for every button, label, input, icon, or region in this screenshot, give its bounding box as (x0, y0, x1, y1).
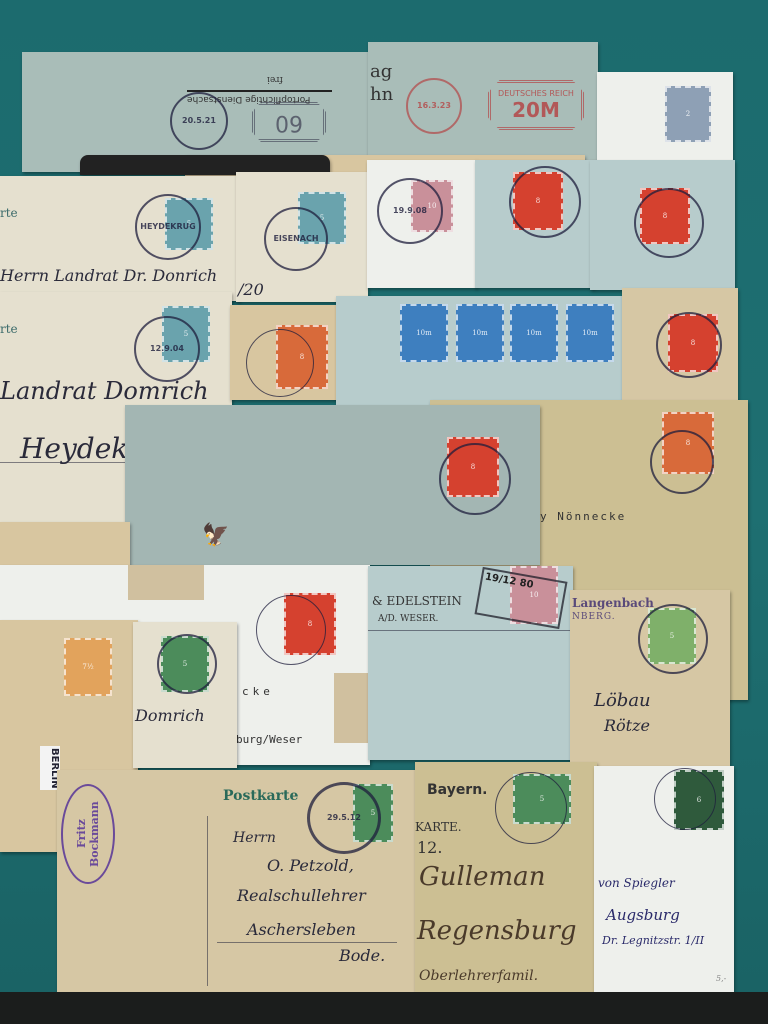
sender-oval-stamp: Fritz Bockmann (61, 784, 115, 884)
sower-stamp: 10m (566, 304, 614, 362)
sender-town: A/D. WESER. (378, 614, 438, 624)
postmark (656, 312, 722, 378)
nienburg-cover-1942-b: 8 (622, 288, 738, 408)
postmark (638, 604, 708, 674)
handwriting-line-2: Rötze (604, 716, 650, 735)
divider (187, 90, 332, 92)
sender-name: Langenbach (572, 596, 654, 610)
handwriting-line-1: Löbau (594, 690, 651, 711)
nienburg-cover-1943: 8 (590, 160, 735, 290)
postmark: 19.9.08 (377, 178, 443, 244)
hochst-cover: 10 19.9.08 (367, 160, 477, 288)
recipient-district: Oberlehrerfamil. (419, 968, 538, 984)
recipient-name: Gulleman (419, 862, 545, 892)
printed-fragment-2: hn (370, 84, 393, 105)
meter-cover: ag hn 16.3.23 DEUTSCHES REICH 20M (368, 42, 598, 160)
sender-town: NBERG. (572, 612, 616, 622)
address-line-4: Aschersleben (247, 920, 356, 939)
recipient-city: Augsburg (606, 906, 680, 924)
meter-mark: DEUTSCHES REICH 20M (488, 80, 584, 130)
postmark: 20.5.21 (170, 92, 228, 150)
address-line-5: Bode. (339, 946, 385, 965)
nienburg-cover-1942: 8 (475, 160, 595, 288)
augsburg-cover: 6 von Spiegler Augsburg Dr. Legnitzstr. … (594, 766, 734, 998)
address-line-3: Realschullehrer (237, 886, 366, 905)
hindenburg-cover: 8 (230, 305, 340, 400)
postmark (256, 595, 326, 665)
official-cover: frei Portopflichtige Dienstsache 20.5.21… (22, 52, 372, 172)
address-underline (217, 942, 397, 943)
postmark: EISENACH (264, 207, 328, 271)
board-bottom-edge (0, 992, 768, 1024)
postal-card: 2 (597, 72, 733, 160)
postmark (509, 166, 581, 238)
meter-value: 20M (491, 98, 581, 122)
address-line-2: O. Petzold, (267, 856, 354, 875)
sower-stamp: 10m (400, 304, 448, 362)
bayern-card: Bayern. KARTE. 12. 5 Gulleman Regensburg… (415, 762, 597, 1000)
postmark (439, 443, 511, 515)
postmark: 12.9.04 (134, 316, 200, 382)
address-line-1: Herrn (233, 830, 276, 846)
typed-address: y Nönnecke (540, 510, 626, 523)
eisenach-card: 5 EISENACH /20 (236, 172, 368, 302)
handwriting: Domrich (135, 706, 205, 725)
postmark (650, 430, 714, 494)
meter-text: DEUTSCHES REICH (491, 89, 581, 98)
magdeburg-postkarte: Fritz Bockmann Postkarte 5 29.5.12 Herrn… (57, 770, 417, 1002)
sower-stamp: 10m (510, 304, 558, 362)
frei-label: frei (267, 74, 283, 84)
typed-city: burg/Weser (236, 733, 302, 746)
domrich-card: 5 Domrich (133, 622, 237, 768)
printed-fragment-1: ag (370, 62, 392, 82)
postmark (157, 634, 217, 694)
postmark (654, 768, 716, 830)
postmark: 16.3.23 (406, 78, 462, 134)
langenbach-card: Langenbach NBERG. 5 Löbau Rötze (570, 590, 730, 766)
postkarte-heading: Postkarte (223, 788, 298, 804)
sower-stamp: 10m (456, 304, 504, 362)
bayern-heading: Bayern. (427, 782, 488, 798)
sender-name: & EDELSTEIN (372, 594, 462, 608)
pencil-price: 5,- (716, 974, 726, 983)
typed-name: cke (242, 685, 274, 698)
eagle-cover: 8 🦅 (125, 405, 540, 565)
heydekrug-card: rte 5 HEYDEKRUG Herrn Landrat Dr. Donric… (0, 176, 240, 301)
germania-stamp: 2 (665, 86, 711, 142)
recipient-street: Dr. Legnitzstr. 1/II (602, 934, 704, 947)
postmark: HEYDEKRUG (135, 194, 201, 260)
handwritten-name: Landrat Domrich (0, 377, 209, 405)
recipient-name: von Spiegler (598, 876, 675, 890)
edelstein-cover: & EDELSTEIN A/D. WESER. 10 19/12 80 (368, 566, 573, 760)
meter-mark: 60 (252, 102, 326, 142)
eagle-emblem-icon: 🦅 (201, 523, 231, 563)
tape (334, 673, 370, 743)
card-number: 12. (417, 838, 442, 857)
postmark (634, 188, 704, 258)
letterhead-line (368, 630, 573, 631)
germania-stamp: 7½ (64, 638, 112, 696)
handwriting: /20 (238, 280, 264, 299)
handwritten-address: Herrn Landrat Dr. Donrich (0, 266, 217, 285)
karte-label: KARTE. (415, 820, 462, 834)
sower-strip-cover: 10m 10m 10m 10m (336, 296, 628, 408)
divider-line (207, 816, 208, 986)
postmark: 29.5.12 (307, 782, 381, 854)
printed-fragment: rte (0, 322, 18, 336)
recipient-town: Regensburg (417, 916, 577, 946)
printed-fragment: rte (0, 206, 18, 220)
lower-left-strip (0, 522, 130, 566)
tape (128, 565, 204, 600)
postmark (246, 329, 314, 397)
postmark (495, 772, 567, 844)
